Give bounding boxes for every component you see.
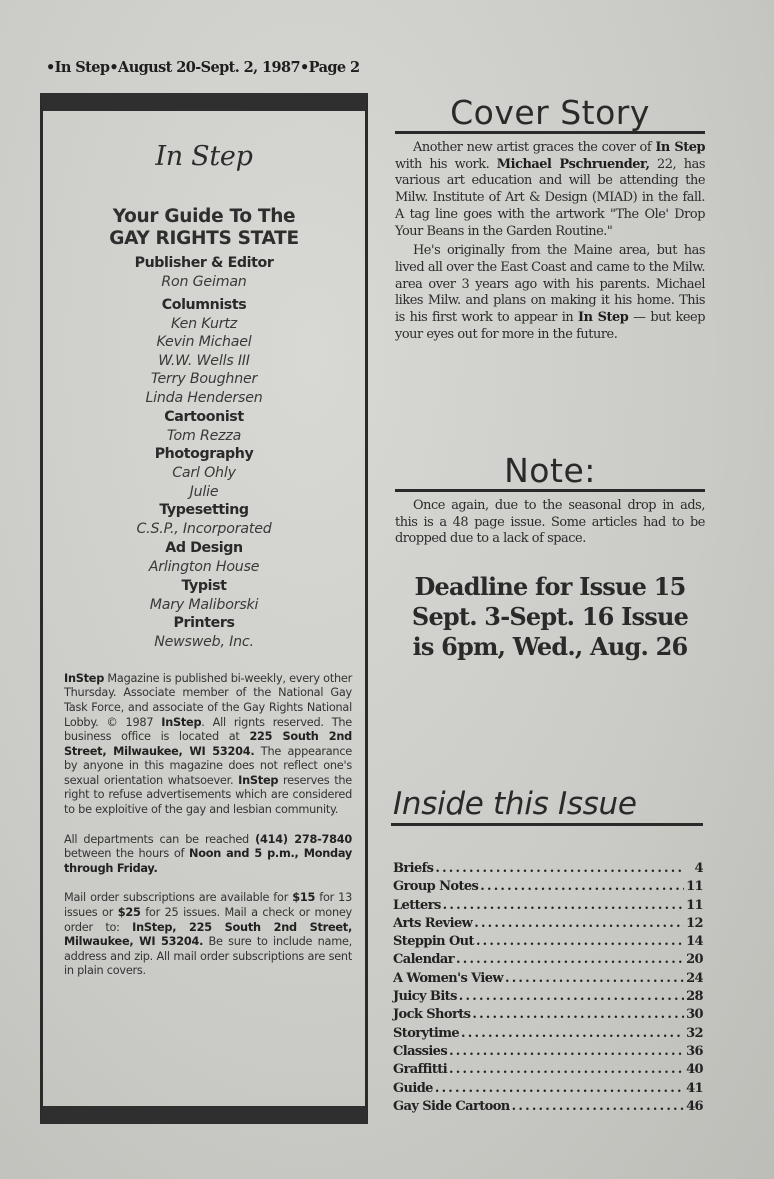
toc-entry[interactable]: Graffitti40 xyxy=(391,1061,703,1079)
credit-name: Linda Hendersen xyxy=(43,389,365,408)
leader-dots xyxy=(443,897,684,915)
inside-issue-section: Inside this Issue Briefs4 Group Notes11 … xyxy=(391,785,703,1116)
toc-entry[interactable]: Group Notes11 xyxy=(391,878,703,896)
deadline-notice: Deadline for Issue 15 Sept. 3-Sept. 16 I… xyxy=(395,572,705,662)
publication-notice: InStep Magazine is published bi-weekly, … xyxy=(64,672,352,818)
tagline-line-2: GAY RIGHTS STATE xyxy=(43,228,365,250)
credit-name: W.W. Wells III xyxy=(43,352,365,371)
cover-story-paragraph: Another new artist graces the cover of I… xyxy=(395,140,705,240)
leader-dots xyxy=(459,988,684,1006)
toc-entry[interactable]: Classies36 xyxy=(391,1043,703,1061)
toc-entry[interactable]: Gay Side Cartoon46 xyxy=(391,1098,703,1116)
note-section: Note: Once again, due to the seasonal dr… xyxy=(395,453,705,551)
leader-dots xyxy=(435,860,685,878)
toc-entry[interactable]: Storytime32 xyxy=(391,1025,703,1043)
running-head: •In Step•August 20-Sept. 2, 1987•Page 2 xyxy=(46,59,359,76)
toc-entry[interactable]: Guide41 xyxy=(391,1080,703,1098)
deadline-line-2: Sept. 3-Sept. 16 Issue xyxy=(395,602,705,632)
masthead-title: In Step xyxy=(43,141,365,172)
right-column: Cover Story Another new artist graces th… xyxy=(395,95,705,346)
cover-story-heading: Cover Story xyxy=(395,95,705,134)
contact-notice: All departments can be reached (414) 278… xyxy=(64,833,352,877)
leader-dots xyxy=(480,878,684,896)
credit-role: Cartoonist xyxy=(43,408,365,427)
leader-dots xyxy=(449,1043,684,1061)
credit-role: Typist xyxy=(43,577,365,596)
cover-story-body: Another new artist graces the cover of I… xyxy=(395,140,705,343)
leader-dots xyxy=(449,1061,684,1079)
credit-role: Printers xyxy=(43,614,365,633)
toc-entry[interactable]: Jock Shorts30 xyxy=(391,1006,703,1024)
credit-name: Ron Geiman xyxy=(43,273,365,292)
credit-name: Carl Ohly xyxy=(43,464,365,483)
table-of-contents: Briefs4 Group Notes11 Letters11 Arts Rev… xyxy=(391,860,703,1116)
credit-name: Kevin Michael xyxy=(43,333,365,352)
inside-issue-heading: Inside this Issue xyxy=(391,785,703,826)
note-body: Once again, due to the seasonal drop in … xyxy=(395,498,705,548)
credit-role: Photography xyxy=(43,445,365,464)
leader-dots xyxy=(435,1080,684,1098)
toc-entry[interactable]: A Women's View24 xyxy=(391,970,703,988)
cover-story-paragraph: He's originally from the Maine area, but… xyxy=(395,243,705,343)
leader-dots xyxy=(461,1025,684,1043)
subscription-notice: Mail order subscriptions are available f… xyxy=(64,891,352,979)
credit-name: Newsweb, Inc. xyxy=(43,633,365,652)
leader-dots xyxy=(456,951,684,969)
leader-dots xyxy=(472,1006,684,1024)
credit-name: Julie xyxy=(43,483,365,502)
toc-entry[interactable]: Arts Review12 xyxy=(391,915,703,933)
credit-name: C.S.P., Incorporated xyxy=(43,520,365,539)
leader-dots xyxy=(505,970,684,988)
toc-entry[interactable]: Letters11 xyxy=(391,897,703,915)
note-heading: Note: xyxy=(395,453,705,492)
leader-dots xyxy=(512,1098,684,1116)
credit-name: Ken Kurtz xyxy=(43,315,365,334)
toc-entry[interactable]: Juicy Bits28 xyxy=(391,988,703,1006)
toc-entry[interactable]: Briefs4 xyxy=(391,860,703,878)
cover-story-section: Cover Story Another new artist graces th… xyxy=(395,95,705,343)
credit-name: Tom Rezza xyxy=(43,427,365,446)
leader-dots xyxy=(476,933,684,951)
credit-name: Arlington House xyxy=(43,558,365,577)
toc-entry[interactable]: Steppin Out14 xyxy=(391,933,703,951)
credit-name: Terry Boughner xyxy=(43,370,365,389)
masthead-notices: InStep Magazine is published bi-weekly, … xyxy=(43,672,365,979)
credit-role: Typesetting xyxy=(43,501,365,520)
deadline-line-1: Deadline for Issue 15 xyxy=(395,572,705,602)
leader-dots xyxy=(474,915,684,933)
credit-name: Mary Maliborski xyxy=(43,596,365,615)
masthead-tagline: Your Guide To The GAY RIGHTS STATE xyxy=(43,206,365,250)
masthead-box: In Step Your Guide To The GAY RIGHTS STA… xyxy=(40,93,368,1124)
credit-role: Publisher & Editor xyxy=(43,254,365,273)
deadline-line-3: is 6pm, Wed., Aug. 26 xyxy=(395,632,705,662)
credit-role: Ad Design xyxy=(43,539,365,558)
credit-role: Columnists xyxy=(43,296,365,315)
toc-entry[interactable]: Calendar20 xyxy=(391,951,703,969)
staff-credits: Publisher & Editor Ron Geiman Columnists… xyxy=(43,254,365,652)
tagline-line-1: Your Guide To The xyxy=(43,206,365,228)
